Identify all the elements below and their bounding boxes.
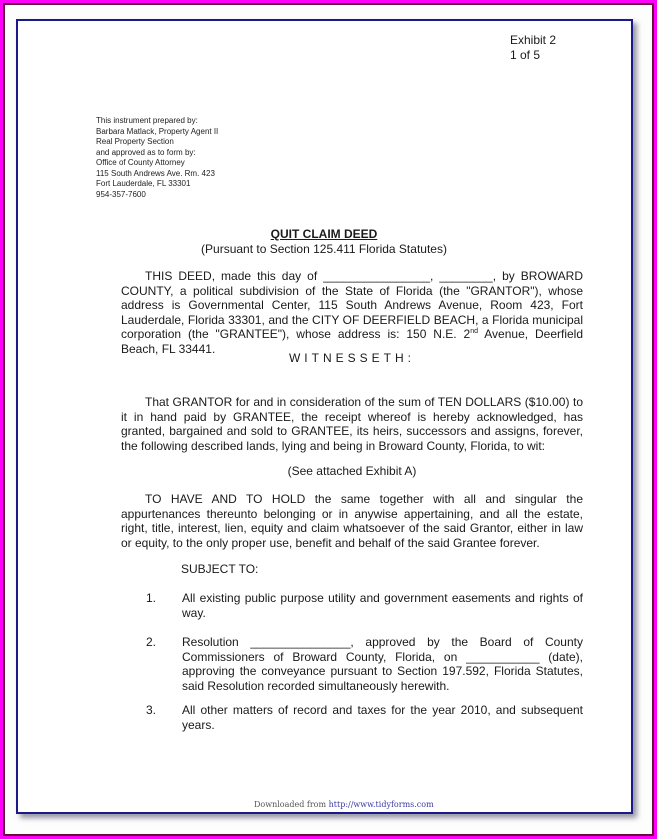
prepared-by-block: This instrument prepared by: Barbara Mat… <box>96 116 218 200</box>
footer-link[interactable]: http://www.tidyforms.com <box>329 800 434 809</box>
prepared-line: 115 South Andrews Ave. Rm. 423 <box>96 169 218 180</box>
document-subtitle: (Pursuant to Section 125.411 Florida Sta… <box>78 242 570 257</box>
outer-frame: Exhibit 2 1 of 5 This instrument prepare… <box>3 3 654 836</box>
item-number: 3. <box>146 703 156 718</box>
consideration-paragraph: That GRANTOR for and in consideration of… <box>121 395 583 453</box>
download-footer: Downloaded from http://www.tidyforms.com <box>254 800 434 809</box>
prepared-line: Barbara Matlack, Property Agent II <box>96 127 218 138</box>
habendum-paragraph: TO HAVE AND TO HOLD the same together wi… <box>121 492 583 550</box>
list-item: 1. All existing public purpose utility a… <box>146 591 583 620</box>
prepared-line: Fort Lauderdale, FL 33301 <box>96 179 218 190</box>
see-attached-note: (See attached Exhibit A) <box>121 464 583 478</box>
title-block: QUIT CLAIM DEED (Pursuant to Section 125… <box>78 227 570 257</box>
exhibit-header: Exhibit 2 1 of 5 <box>510 33 556 63</box>
paragraph-text: That GRANTOR for and in consideration of… <box>121 395 583 453</box>
item-number: 1. <box>146 591 156 606</box>
prepared-line: Real Property Section <box>96 137 218 148</box>
deed-paragraph: THIS DEED, made this day of ____________… <box>121 269 583 357</box>
list-item: 2. Resolution _______________, approved … <box>146 635 583 693</box>
footer-text: Downloaded from <box>254 800 329 809</box>
list-item: 3. All other matters of record and taxes… <box>146 703 583 732</box>
prepared-line: This instrument prepared by: <box>96 116 218 127</box>
prepared-line: 954-357-7600 <box>96 190 218 201</box>
witnesseth-heading: WITNESSETH: <box>121 351 583 365</box>
page-count: 1 of 5 <box>510 48 556 63</box>
item-text: Resolution _______________, approved by … <box>182 635 583 693</box>
ordinal-suffix: nd <box>470 328 478 335</box>
prepared-line: Office of County Attorney <box>96 158 218 169</box>
document-page: Exhibit 2 1 of 5 This instrument prepare… <box>16 19 633 814</box>
item-text: All existing public purpose utility and … <box>182 591 583 620</box>
item-number: 2. <box>146 635 156 650</box>
subject-to-heading: SUBJECT TO: <box>181 562 258 576</box>
exhibit-label: Exhibit 2 <box>510 33 556 48</box>
prepared-line: and approved as to form by: <box>96 148 218 159</box>
document-title: QUIT CLAIM DEED <box>78 227 570 242</box>
item-text: All other matters of record and taxes fo… <box>182 703 583 732</box>
paragraph-text: TO HAVE AND TO HOLD the same together wi… <box>121 492 583 550</box>
